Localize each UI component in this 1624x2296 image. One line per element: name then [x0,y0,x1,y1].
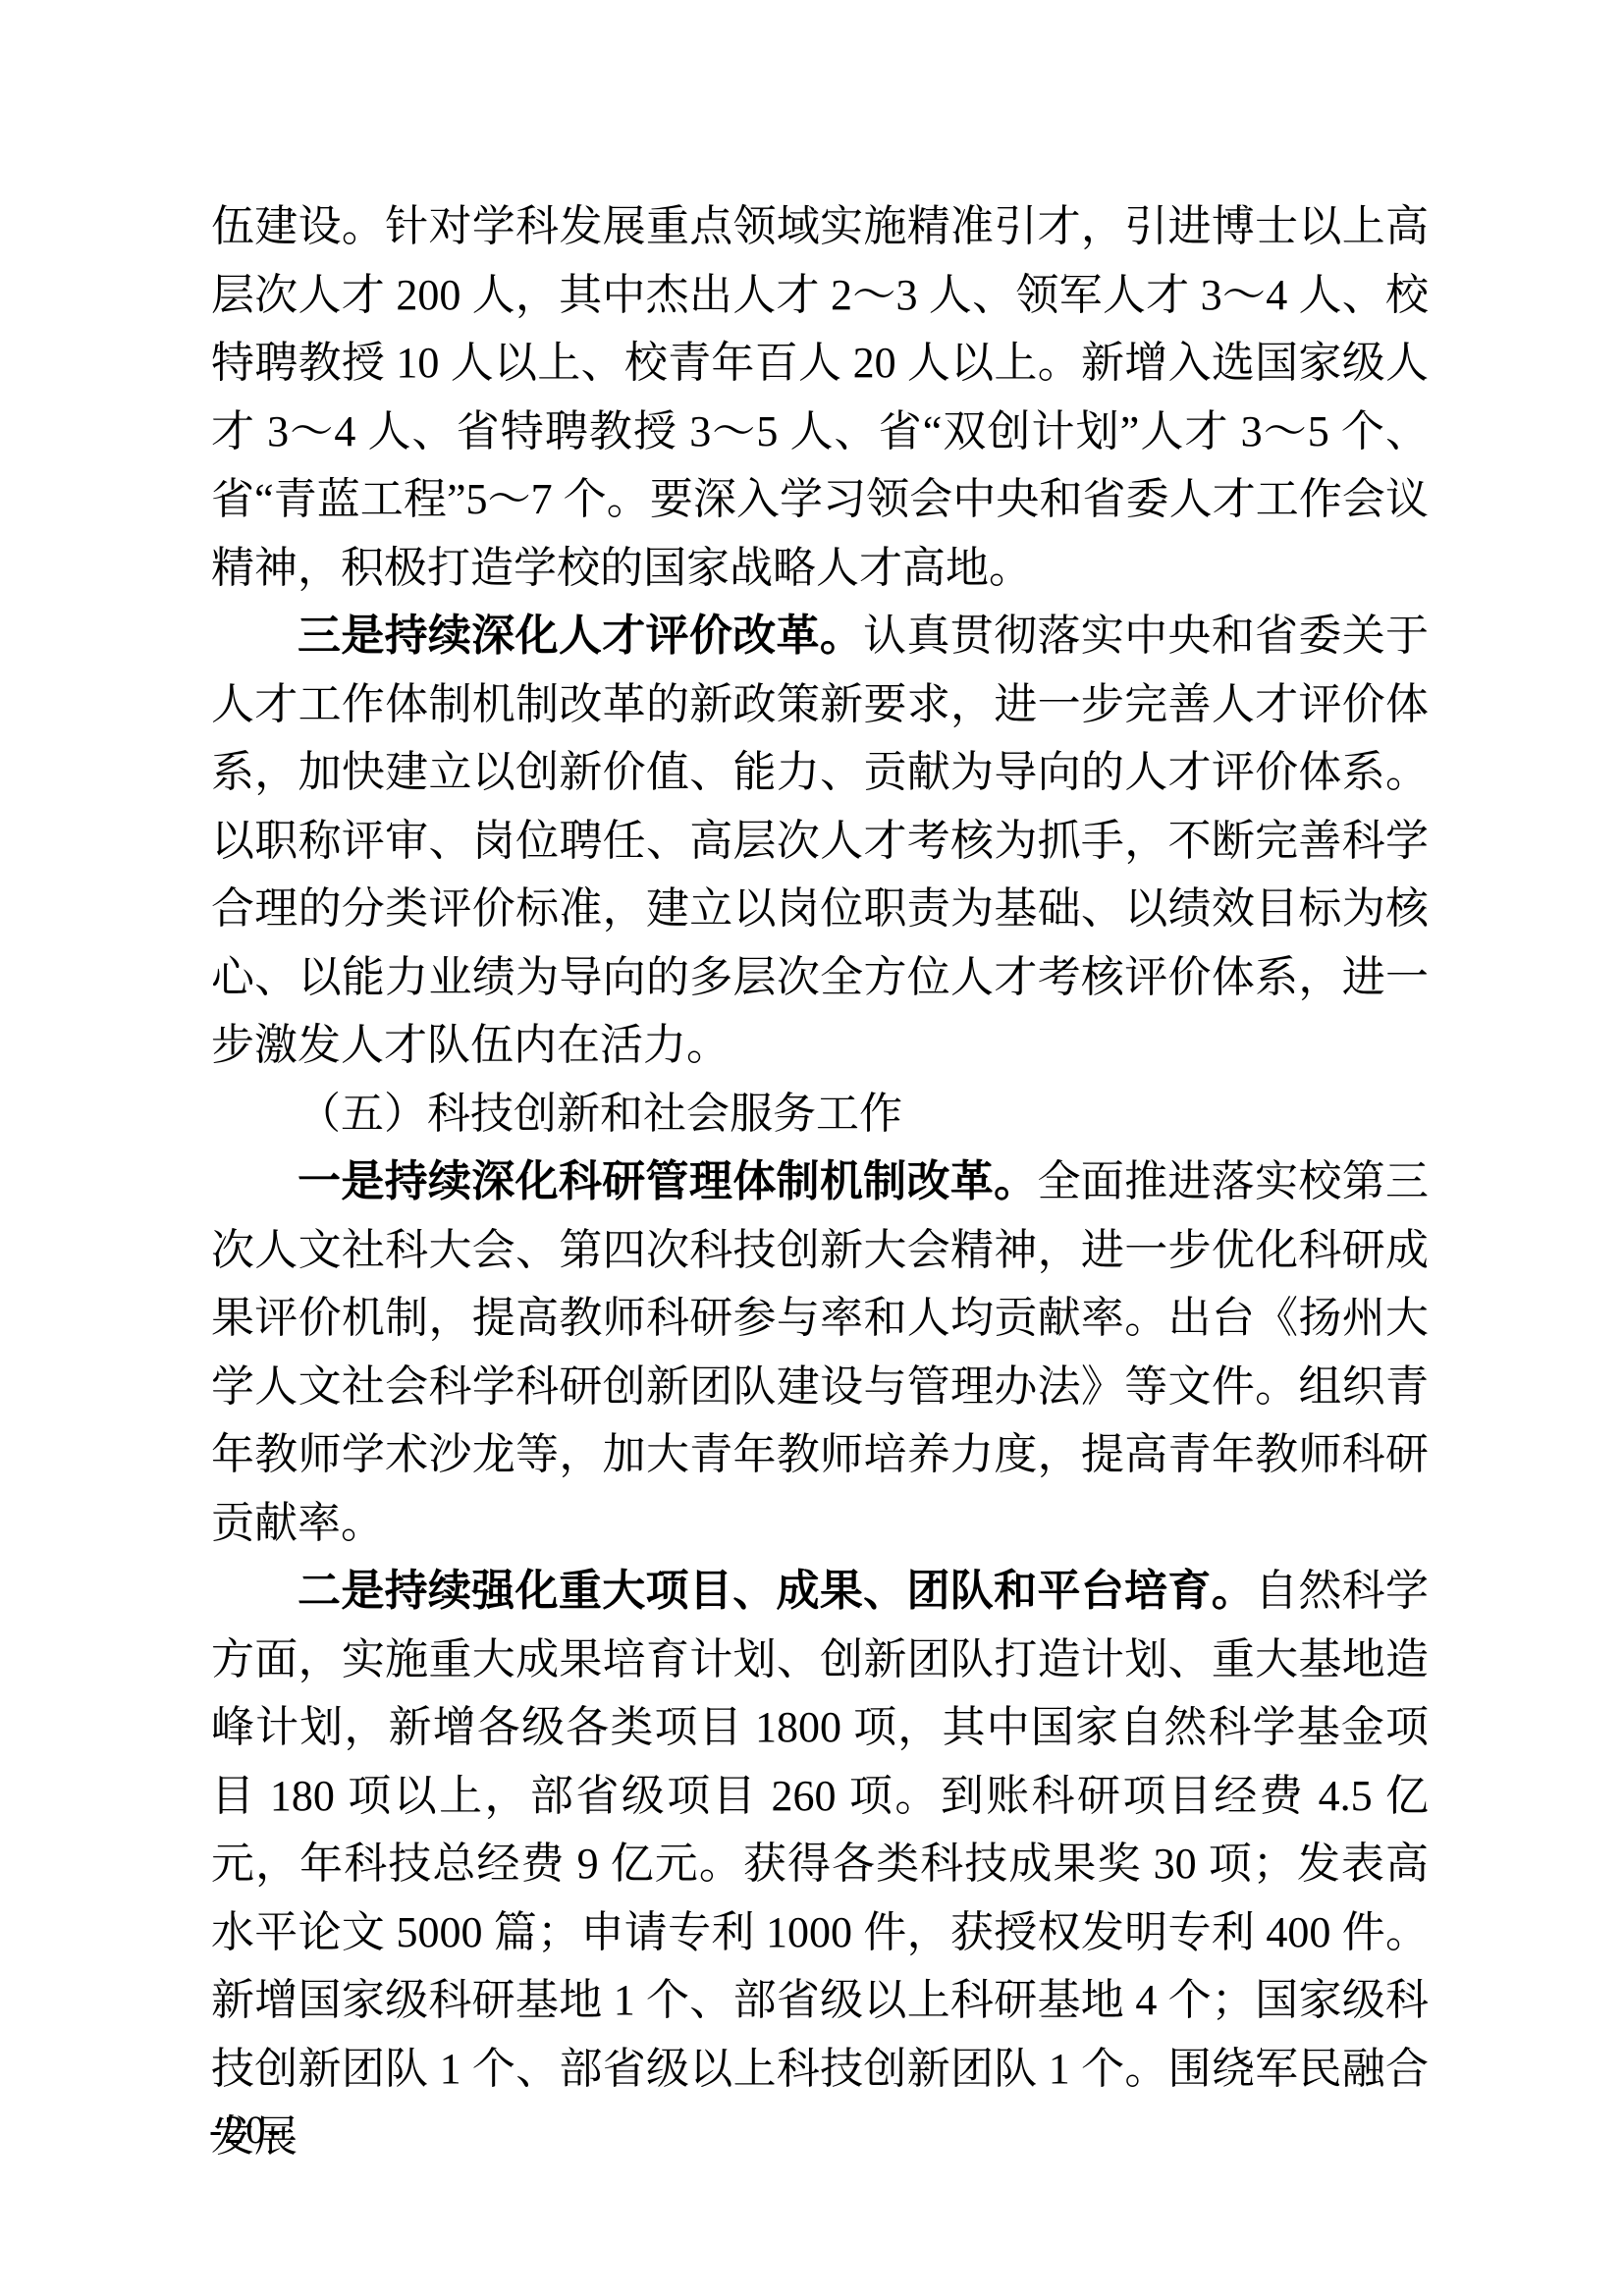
paragraph-bold-lead: 三是持续深化人才评价改革。 [298,612,863,660]
paragraph-research-management-reform: 一是持续深化科研管理体制机制改革。全面推进落实校第三次人文社科大会、第四次科技创… [211,1148,1429,1557]
paragraph-bold-lead: 二是持续强化重大项目、成果、团队和平台培育。 [298,1567,1255,1615]
paragraph-continuation: 伍建设。针对学科发展重点领域实施精准引才，引进博士以上高层次人才 200 人，其… [211,192,1429,602]
document-text-block: 伍建设。针对学科发展重点领域实施精准引才，引进博士以上高层次人才 200 人，其… [211,192,1429,2171]
paragraph-body-text: 伍建设。针对学科发展重点领域实施精准引才，引进博士以上高层次人才 200 人，其… [211,202,1429,592]
paragraph-bold-lead: 一是持续深化科研管理体制机制改革。 [298,1157,1037,1205]
paragraph-body-text: 自然科学方面，实施重大成果培育计划、创新团队打造计划、重大基地造峰计划，新增各级… [211,1567,1429,2161]
document-page: 伍建设。针对学科发展重点领域实施精准引才，引进博士以上高层次人才 200 人，其… [0,0,1624,2296]
section-heading-text: （五）科技创新和社会服务工作 [298,1090,902,1138]
page-number: -20- [209,2109,283,2152]
paragraph-body-text: 全面推进落实校第三次人文社科大会、第四次科技创新大会精神，进一步优化科研成果评价… [211,1157,1429,1547]
section-heading-sci-tech-innovation: （五）科技创新和社会服务工作 [211,1080,1429,1148]
paragraph-talent-evaluation: 三是持续深化人才评价改革。认真贯彻落实中央和省委关于人才工作体制机制改革的新政策… [211,602,1429,1080]
paragraph-major-projects-cultivation: 二是持续强化重大项目、成果、团队和平台培育。自然科学方面，实施重大成果培育计划、… [211,1557,1429,2171]
paragraph-body-text: 认真贯彻落实中央和省委关于人才工作体制机制改革的新政策新要求，进一步完善人才评价… [211,612,1429,1069]
